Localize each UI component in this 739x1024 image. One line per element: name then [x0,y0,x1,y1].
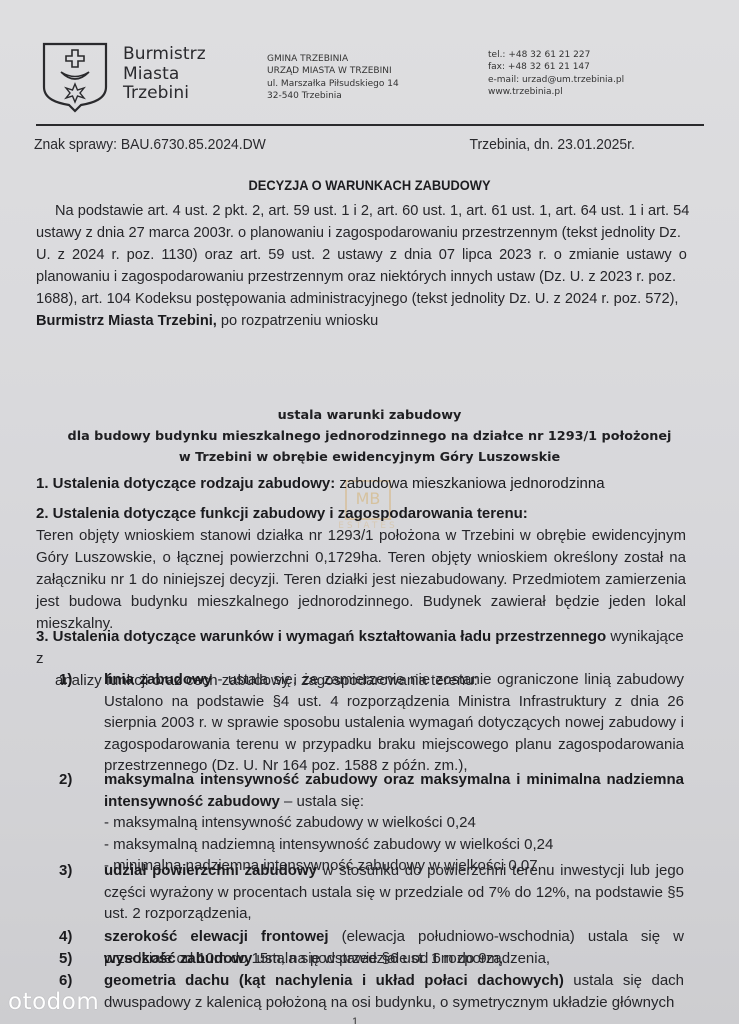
item-title: linia zabudowy [104,671,212,688]
website: www.trzebinia.pl [488,86,624,98]
office-line: ul. Marszałka Piłsudskiego 14 [267,78,399,90]
item-title: szerokość elewacji frontowej [104,928,329,945]
coat-of-arms-icon [41,41,109,113]
office-line: URZĄD MIASTA W TRZEBINI [267,65,399,77]
item-title: wysokość zabudowy [104,950,252,967]
decision-line: w Trzebini w obrębie ewidencyjnym Góry L… [0,447,739,468]
item-number: 2) [59,769,72,791]
item-title: udział powierzchni zabudowy [104,862,317,879]
fax: fax: +48 32 61 21 147 [488,61,624,73]
intro-line: ustawy z dnia 27 marca 2003r. o planowan… [36,222,680,244]
intro-line: Na podstawie art. 4 ust. 2 pkt. 2, art. … [36,200,680,222]
intro-line: planowaniu i zagospodarowaniu przestrzen… [36,266,680,288]
otodom-logo: otodom [8,989,99,1015]
item-number: 3) [59,860,72,882]
condition-item: 3) udział powierzchni zabudowy w stosunk… [0,860,684,925]
office-line: GMINA TRZEBINIA [267,53,399,65]
item-title: geometria dachu (kąt nachylenia i układ … [104,972,564,989]
document-title: DECYZJA O WARUNKACH ZABUDOWY [30,177,710,193]
item-text: – ustala się: [280,793,364,810]
item-number: 4) [59,926,72,948]
office-line: 32-540 Trzebinia [267,90,399,102]
item-subpoint: - maksymalną nadziemną intensywność zabu… [104,834,684,856]
section-heading: 1. Ustalenia dotyczące rodzaju zabudowy: [36,475,335,492]
case-reference: Znak sprawy: BAU.6730.85.2024.DW [34,136,266,153]
item-subpoint: - maksymalną intensywność zabudowy w wie… [104,812,684,834]
intro-line: 1688), art. 104 Kodeksu postępowania adm… [36,288,680,310]
condition-item: 5) wysokość zabudowy ustala się w przedz… [0,948,684,970]
section-heading: 3. Ustalenia dotyczące warunków i wymaga… [36,628,606,645]
condition-item: 1) linia zabudowy - ustala się, że zamie… [0,669,684,777]
section-value: zabudowa mieszkaniowa jednorodzinna [335,475,604,492]
brand-line: Miasta [123,65,206,85]
office-contact: tel.: +48 32 61 21 227 fax: +48 32 61 21… [488,49,624,98]
section-2: 2. Ustalenia dotyczące funkcji zabudowy … [36,503,686,635]
authority-rest: po rozpatrzeniu wniosku [217,313,378,329]
item-number: 5) [59,948,72,970]
authority-name: Burmistrz Miasta Trzebini, [36,313,217,329]
legal-basis-paragraph: Na podstawie art. 4 ust. 2 pkt. 2, art. … [36,200,680,332]
place-date: Trzebinia, dn. 23.01.2025r. [470,136,635,153]
document-page: Burmistrz Miasta Trzebini GMINA TRZEBINI… [0,0,739,1024]
section-heading: 2. Ustalenia dotyczące funkcji zabudowy … [36,503,686,525]
condition-item: 6) geometria dachu (kąt nachylenia i ukł… [0,970,684,1013]
decision-line: dla budowy budynku mieszkalnego jednorod… [0,426,739,447]
office-address: GMINA TRZEBINIA URZĄD MIASTA W TRZEBINI … [267,53,399,102]
section-body: Teren objęty wnioskiem stanowi działka n… [36,525,686,635]
email: e-mail: urzad@um.trzebinia.pl [488,74,624,86]
item-number: 1) [59,669,72,691]
section-1: 1. Ustalenia dotyczące rodzaju zabudowy:… [36,473,686,495]
decision-line: ustala warunki zabudowy [0,405,739,426]
item-title: maksymalna intensywność zabudowy oraz ma… [104,771,684,810]
decision-statement: ustala warunki zabudowy dla budowy budyn… [0,405,739,468]
issuer-brand: Burmistrz Miasta Trzebini [123,45,206,104]
phone: tel.: +48 32 61 21 227 [488,49,624,61]
intro-line: U. z 2024 r. poz. 1130) oraz art. 59 ust… [36,244,680,266]
brand-line: Burmistrz [123,45,206,65]
page-number: 1 [352,1016,358,1024]
brand-line: Trzebini [123,84,206,104]
header-divider [36,124,704,126]
item-text: ustala się w przedziale od 6m do 9m, [252,950,503,967]
